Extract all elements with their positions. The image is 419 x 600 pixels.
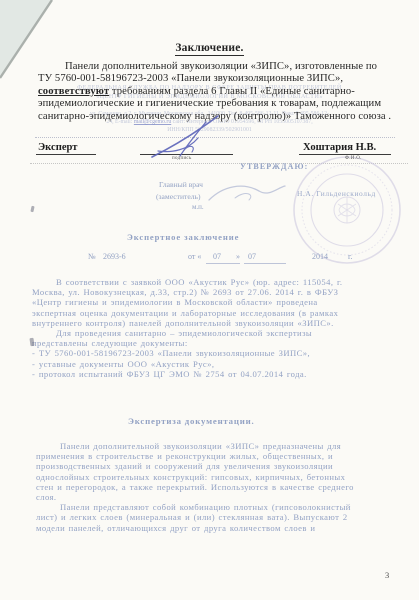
expert-name: Хоштария Н.В. [303,142,376,153]
ghost-line: «Центр гигиены и эпидемиологии в Московс… [32,297,412,307]
signature-line [299,154,391,155]
page-number: 3 [385,570,389,580]
conclusion-line: Панели дополнительной звукоизоляции «ЗИП… [38,61,394,73]
round-stamp [289,152,407,268]
ghost-line: однослойных строительных конструкций: ги… [36,472,416,482]
expertise-doc-title-ghost: Экспертное заключение [127,232,239,242]
ghost-line: - ТУ 5760-001-58196723-2003 «Панели звук… [32,348,412,358]
conclusion-line: эпидемиологические и гигиенические требо… [38,98,394,110]
ghost-line: внутреннего контроля) панелей дополнител… [32,318,412,328]
signature-scribble [140,110,230,162]
stamp-place-label-ghost: м.п. [192,203,204,211]
chief-signature-ghost [205,178,290,212]
doc-day: 07 [213,252,221,261]
ghost-line: лист) и легких слоев (минеральная и (или… [36,512,416,522]
ghost-line: модели панелей, отличающихся друг от дру… [36,523,416,533]
ghost-paragraph-2: Панели дополнительной звукоизоляции «ЗИП… [36,441,416,533]
document-title-wrap: Заключение. [0,38,419,56]
page-corner-fold [0,0,62,86]
doc-number-line-ghost: № 2693-6 от « 07 » 07 2014 г. [0,252,419,266]
ghost-line: В соответствии с заявкой ООО «Акустик Ру… [32,277,412,287]
doc-month: 07 [248,252,256,261]
chief-doctor-label-ghost: Главный врач [159,180,203,189]
expert-label: Эксперт [38,142,78,153]
ghost-line: Для проведения санитарно – эпидемиологич… [32,328,412,338]
scan-artifact [30,206,34,212]
ghost-line: - протокол испытаний ФБУЗ ЦГ ЭМО № 2754 … [32,369,412,379]
doc-number: 2693-6 [103,252,126,261]
ghost-line: представлены следующие документы: [32,338,412,348]
doc-year: 2014 [312,252,328,261]
ghost-line: Панели представляют собой комбинацию пло… [36,502,416,512]
ghost-line: стен и перегородок, а также перекрытий. … [36,482,416,492]
conclusion-line: ТУ 5760-001-58196723-2003 «Панели звукои… [38,73,394,85]
ghost-line: Москва, ул. Новокузнецкая, д.33, стр.2) … [32,287,412,297]
emphasized-word: соответствуют [38,86,109,97]
scanned-document-page: ФЕДЕРАЛЬНАЯ СЛУЖБА ПО НАДЗОРУ В СФЕРЕ ЗА… [0,0,419,600]
signature-line [36,154,96,155]
ghost-line: слоя. [36,492,416,502]
document-title: Заключение. [175,42,243,56]
ghost-line: экспертная оценка документации и лаборат… [32,308,412,318]
name-caption: Ф.И.О. [345,156,362,161]
deputy-label-ghost: (заместитель) [156,192,201,201]
ghost-line: производственных зданий и сооружений для… [36,461,416,471]
ghost-line: применения в строительстве и реконструкц… [36,451,416,461]
ghost-paragraph-1: В соответствии с заявкой ООО «Акустик Ру… [32,277,412,379]
number-sign: № [88,252,96,261]
conclusion-line: соответствуют требованиям раздела 6 Глав… [38,86,394,98]
ghost-line: Панели дополнительной звукоизоляции «ЗИП… [36,441,416,451]
expertise-section-heading-ghost: Экспертиза документации. [128,416,254,426]
ghost-line: - уставные документы ООО «Акустик Рус», [32,359,412,369]
